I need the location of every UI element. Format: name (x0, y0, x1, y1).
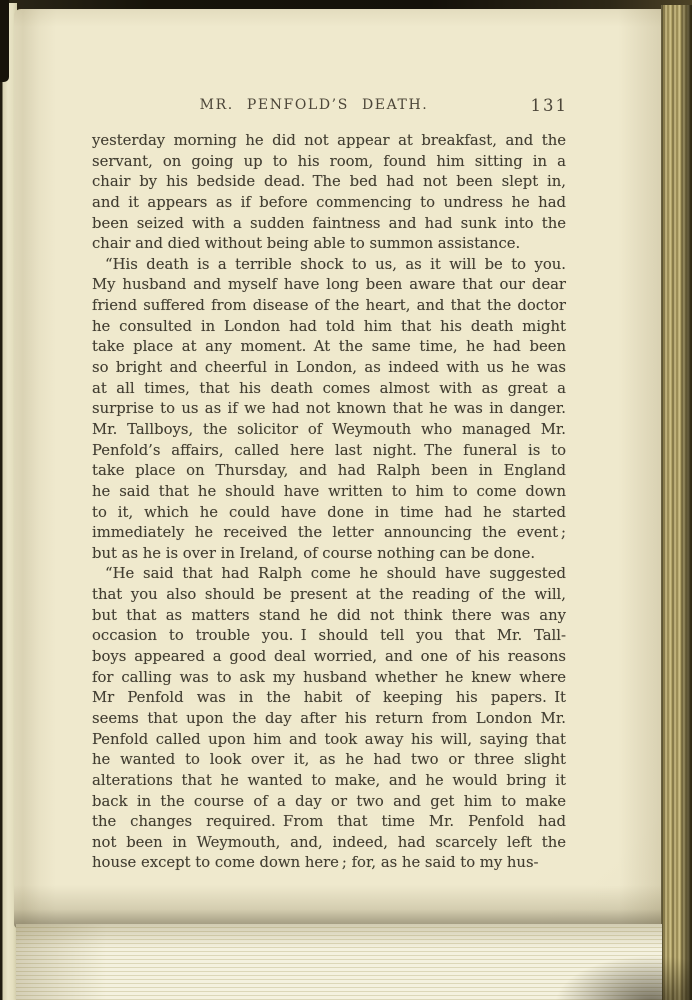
text-line: but as he is over in Ireland, of course … (92, 544, 566, 565)
text-line: Mr Penfold was in the habit of keeping h… (92, 688, 566, 709)
text-line: chair and died without being able to sum… (92, 234, 566, 255)
text-line: boys appeared a good deal worried, and o… (92, 647, 566, 668)
text-line: “He said that had Ralph come he should h… (92, 564, 566, 585)
text-line: and it appears as if before commencing t… (92, 193, 566, 214)
text-line: the changes required. From that time Mr.… (92, 812, 566, 833)
text-line: been seized with a sudden faintness and … (92, 214, 566, 235)
scanned-book-page: MR. PENFOLD’S DEATH. 131 yesterday morni… (0, 0, 692, 1000)
page-stack-right-edge (661, 5, 692, 1000)
text-line: house except to come down here ; for, as… (92, 853, 566, 874)
text-line: immediately he received the letter annou… (92, 523, 566, 544)
text-line: he said that he should have written to h… (92, 482, 566, 503)
body-text-block: yesterday morning he did not appear at b… (92, 131, 566, 874)
text-line: servant, on going up to his room, found … (92, 152, 566, 173)
top-left-binding-shadow (0, 0, 9, 82)
text-line: alterations that he wanted to make, and … (92, 771, 566, 792)
text-line: for calling was to ask my husband whethe… (92, 668, 566, 689)
text-line: at all times, that his death comes almos… (92, 379, 566, 400)
text-line: chair by his bedside dead. The bed had n… (92, 172, 566, 193)
text-line: Penfold’s affairs, called here last nigh… (92, 441, 566, 462)
text-line: My husband and myself have long been awa… (92, 275, 566, 296)
book-page: MR. PENFOLD’S DEATH. 131 yesterday morni… (14, 9, 664, 925)
text-line: so bright and cheerful in London, as ind… (92, 358, 566, 379)
text-line: “His death is a terrible shock to us, as… (92, 255, 566, 276)
text-line: that you also should be present at the r… (92, 585, 566, 606)
text-line: Mr. Tallboys, the solicitor of Weymouth … (92, 420, 566, 441)
text-line: to it, which he could have done in time … (92, 503, 566, 524)
text-line: Penfold called upon him and took away hi… (92, 730, 566, 751)
text-line: take place on Thursday, and had Ralph be… (92, 461, 566, 482)
text-line: but that as matters stand he did not thi… (92, 606, 566, 627)
text-line: yesterday morning he did not appear at b… (92, 131, 566, 152)
bottom-right-shadow (530, 928, 692, 1000)
text-line: back in the course of a day or two and g… (92, 792, 566, 813)
text-line: take place at any moment. At the same ti… (92, 337, 566, 358)
running-header: MR. PENFOLD’S DEATH. 131 (92, 97, 568, 117)
text-line: friend suffered from disease of the hear… (92, 296, 566, 317)
text-line: not been in Weymouth, and, indeed, had s… (92, 833, 566, 854)
text-line: he consulted in London had told him that… (92, 317, 566, 338)
text-line: surprise to us as if we had not known th… (92, 399, 566, 420)
chapter-header-title: MR. PENFOLD’S DEATH. (76, 97, 552, 113)
text-line: seems that upon the day after his return… (92, 709, 566, 730)
page-number: 131 (531, 96, 569, 115)
text-line: occasion to trouble you. I should tell y… (92, 626, 566, 647)
text-line: he wanted to look over it, as he had two… (92, 750, 566, 771)
